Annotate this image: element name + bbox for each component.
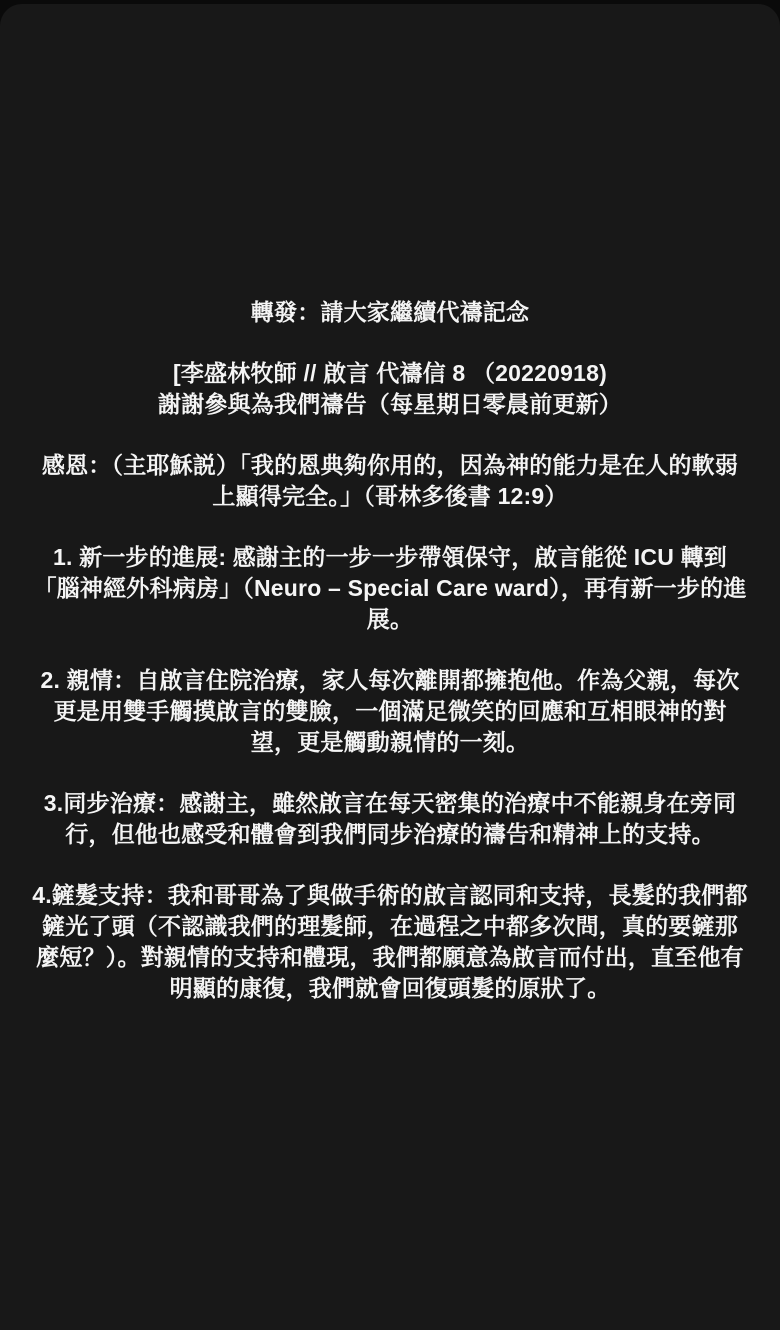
story-header-line1: [李盛林牧師 // 啟言 代禱信 8 （20220918)	[173, 360, 607, 386]
story-header-line2: 謝謝參與為我們禱告（每星期日零晨前更新）	[158, 391, 622, 417]
story-text-block: 轉發：請大家繼續代禱記念 [李盛林牧師 // 啟言 代禱信 8 （2022091…	[32, 297, 748, 1004]
paragraph-2-family: 2. 親情：自啟言住院治療，家人每次離開都擁抱他。作為父親，每次更是用雙手觸摸啟…	[32, 665, 748, 758]
paragraph-thanksgiving: 感恩：（主耶穌説）「我的恩典夠你用的，因為神的能力是在人的軟弱上顯得完全。」（哥…	[32, 450, 748, 512]
story-card[interactable]: 轉發：請大家繼續代禱記念 [李盛林牧師 // 啟言 代禱信 8 （2022091…	[0, 4, 780, 1330]
paragraph-1-progress: 1. 新一步的進展: 感謝主的一步一步帶領保守，啟言能從 ICU 轉到「腦神經外…	[32, 542, 748, 635]
story-title: 轉發：請大家繼續代禱記念	[32, 297, 748, 328]
paragraph-3-sync-treatment: 3.同步治療：感謝主，雖然啟言在每天密集的治療中不能親身在旁同行，但他也感受和體…	[32, 788, 748, 850]
paragraph-4-head-shaving: 4.鏟髮支持：我和哥哥為了與做手術的啟言認同和支持，長髮的我們都鏟光了頭（不認識…	[32, 880, 748, 1004]
story-header: [李盛林牧師 // 啟言 代禱信 8 （20220918)謝謝參與為我們禱告（每…	[32, 358, 748, 420]
